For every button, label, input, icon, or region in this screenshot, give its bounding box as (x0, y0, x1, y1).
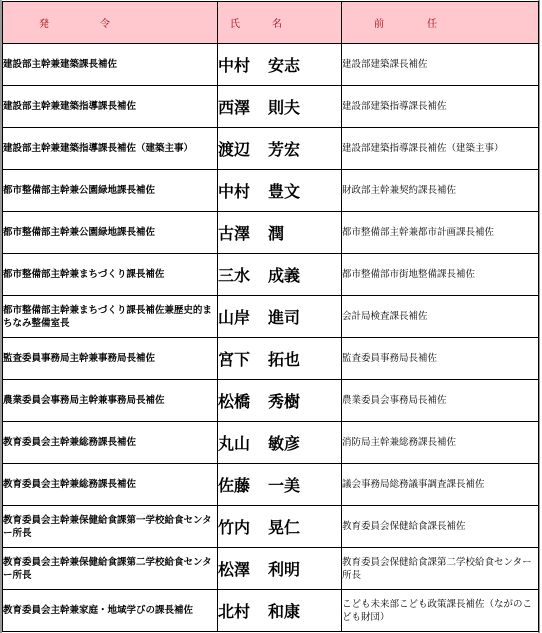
table-row: 建設部主幹兼建築指導課長補佐（建築主事） 渡辺芳宏 建設部建築指導課長補佐（建築… (3, 128, 539, 170)
new-position-cell: 建設部主幹兼建築指導課長補佐（建築主事） (3, 128, 218, 170)
header-char: 前 (374, 15, 384, 30)
new-position-cell: 都市整備部主幹兼まちづくり課長補佐兼歴史的まちなみ整備室長 (3, 296, 218, 338)
given-name: 安志 (268, 53, 300, 76)
new-position-cell: 教育委員会主幹兼家庭・地域学びの課長補佐 (3, 590, 218, 632)
new-position-cell: 監査委員事務局主幹兼事務局長補佐 (3, 338, 218, 380)
surname: 山岸 (218, 305, 250, 328)
table-row: 監査委員事務局主幹兼事務局長補佐 宮下拓也 監査委員事務局長補佐 (3, 338, 539, 380)
surname: 宮下 (218, 347, 250, 370)
given-name: 則夫 (268, 95, 300, 118)
name-cell: 佐藤一美 (218, 464, 342, 506)
header-char: 名 (272, 15, 282, 30)
new-position-cell: 建設部主幹兼建築指導課長補佐 (3, 86, 218, 128)
surname: 北村 (218, 599, 250, 622)
previous-position-cell: 教育委員会保健給食課第二学校給食センター所長 (342, 548, 539, 590)
surname: 古澤 (218, 221, 250, 244)
previous-position-cell: 都市整備部主幹兼都市計画課長補佐 (342, 212, 539, 254)
name-cell: 中村安志 (218, 44, 342, 86)
name-cell: 宮下拓也 (218, 338, 342, 380)
name-cell: 三水成義 (218, 254, 342, 296)
given-name: 敏彦 (268, 431, 300, 454)
surname: 丸山 (218, 431, 250, 454)
name-cell: 丸山敏彦 (218, 422, 342, 464)
header-char: 令 (100, 15, 110, 30)
new-position-cell: 教育委員会主幹兼保健給食課第二学校給食センター所長 (3, 548, 218, 590)
given-name: 利明 (268, 557, 300, 580)
new-position-cell: 教育委員会主幹兼総務課長補佐 (3, 464, 218, 506)
table-row: 教育委員会主幹兼総務課長補佐 丸山敏彦 消防局主幹兼総務課長補佐 (3, 422, 539, 464)
table-row: 都市整備部主幹兼公園緑地課長補佐 古澤潤 都市整備部主幹兼都市計画課長補佐 (3, 212, 539, 254)
table-row: 都市整備部主幹兼まちづくり課長補佐兼歴史的まちなみ整備室長 山岸進司 会計局検査… (3, 296, 539, 338)
given-name: 晃仁 (268, 515, 300, 538)
previous-position-cell: 建設部建築指導課長補佐 (342, 86, 539, 128)
table-row: 都市整備部主幹兼まちづくり課長補佐 三水成義 都市整備部市街地整備課長補佐 (3, 254, 539, 296)
table-row: 教育委員会主幹兼家庭・地域学びの課長補佐 北村和康 こども未来部こども政策課長補… (3, 590, 539, 632)
previous-position-cell: 建設部建築課長補佐 (342, 44, 539, 86)
header-char: 発 (39, 15, 49, 30)
personnel-table: 発 令 氏 名 前 任 建設部主幹兼建築課長補佐 中村安志 建設部建築課 (2, 1, 539, 632)
given-name: 秀樹 (268, 389, 300, 412)
given-name: 潤 (268, 221, 284, 244)
table-row: 教育委員会主幹兼保健給食課第一学校給食センター所長 竹内晃仁 教育委員会保健給食… (3, 506, 539, 548)
new-position-cell: 都市整備部主幹兼公園緑地課長補佐 (3, 170, 218, 212)
surname: 松澤 (218, 557, 250, 580)
name-cell: 西澤則夫 (218, 86, 342, 128)
given-name: 豊文 (268, 179, 300, 202)
name-cell: 古澤潤 (218, 212, 342, 254)
previous-position-cell: 都市整備部市街地整備課長補佐 (342, 254, 539, 296)
surname: 竹内 (218, 515, 250, 538)
previous-position-cell: 監査委員事務局長補佐 (342, 338, 539, 380)
given-name: 芳宏 (268, 137, 300, 160)
column-header-previous: 前 任 (342, 2, 539, 44)
new-position-cell: 教育委員会主幹兼保健給食課第一学校給食センター所長 (3, 506, 218, 548)
given-name: 拓也 (268, 347, 300, 370)
header-char: 任 (427, 15, 437, 30)
table-header-row: 発 令 氏 名 前 任 (3, 2, 539, 44)
surname: 松橋 (218, 389, 250, 412)
given-name: 一美 (268, 473, 300, 496)
name-cell: 松澤利明 (218, 548, 342, 590)
name-cell: 山岸進司 (218, 296, 342, 338)
given-name: 成義 (268, 263, 300, 286)
name-cell: 渡辺芳宏 (218, 128, 342, 170)
previous-position-cell: 議会事務局総務議事調査課長補佐 (342, 464, 539, 506)
previous-position-cell: 農業委員会事務局長補佐 (342, 380, 539, 422)
column-header-name: 氏 名 (218, 2, 342, 44)
table-row: 建設部主幹兼建築課長補佐 中村安志 建設部建築課長補佐 (3, 44, 539, 86)
table-row: 建設部主幹兼建築指導課長補佐 西澤則夫 建設部建築指導課長補佐 (3, 86, 539, 128)
previous-position-cell: 会計局検査課長補佐 (342, 296, 539, 338)
surname: 三水 (218, 263, 250, 286)
name-cell: 松橋秀樹 (218, 380, 342, 422)
new-position-cell: 都市整備部主幹兼まちづくり課長補佐 (3, 254, 218, 296)
new-position-cell: 教育委員会主幹兼総務課長補佐 (3, 422, 218, 464)
header-char: 氏 (230, 15, 240, 30)
new-position-cell: 建設部主幹兼建築課長補佐 (3, 44, 218, 86)
given-name: 和康 (268, 599, 300, 622)
previous-position-cell: 建設部建築指導課長補佐（建築主事） (342, 128, 539, 170)
previous-position-cell: 財政部主幹兼契約課長補佐 (342, 170, 539, 212)
surname: 中村 (218, 53, 250, 76)
name-cell: 竹内晃仁 (218, 506, 342, 548)
table-row: 教育委員会主幹兼総務課長補佐 佐藤一美 議会事務局総務議事調査課長補佐 (3, 464, 539, 506)
table-row: 教育委員会主幹兼保健給食課第二学校給食センター所長 松澤利明 教育委員会保健給食… (3, 548, 539, 590)
name-cell: 中村豊文 (218, 170, 342, 212)
name-cell: 北村和康 (218, 590, 342, 632)
new-position-cell: 農業委員会事務局主幹兼事務局長補佐 (3, 380, 218, 422)
table-row: 農業委員会事務局主幹兼事務局長補佐 松橋秀樹 農業委員会事務局長補佐 (3, 380, 539, 422)
previous-position-cell: こども未来部こども政策課長補佐（ながのこども財団） (342, 590, 539, 632)
table-row: 都市整備部主幹兼公園緑地課長補佐 中村豊文 財政部主幹兼契約課長補佐 (3, 170, 539, 212)
new-position-cell: 都市整備部主幹兼公園緑地課長補佐 (3, 212, 218, 254)
previous-position-cell: 消防局主幹兼総務課長補佐 (342, 422, 539, 464)
given-name: 進司 (268, 305, 300, 328)
surname: 中村 (218, 179, 250, 202)
surname: 佐藤 (218, 473, 250, 496)
surname: 渡辺 (218, 137, 250, 160)
surname: 西澤 (218, 95, 250, 118)
previous-position-cell: 教育委員会保健給食課長補佐 (342, 506, 539, 548)
column-header-order: 発 令 (3, 2, 218, 44)
